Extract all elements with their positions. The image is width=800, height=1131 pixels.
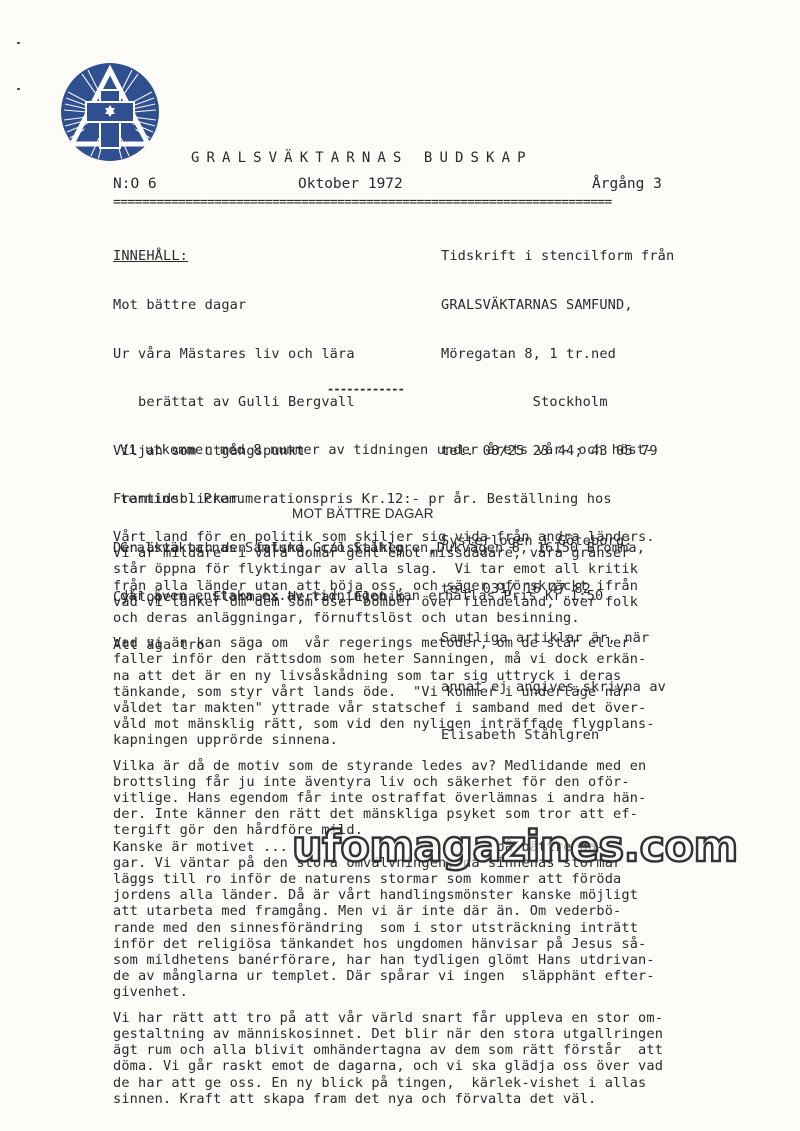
article-line: vitlige. Hans egendom får inte ostraffat… [113, 790, 663, 806]
article-line: står öppna för flyktingar av alla slag. … [113, 561, 663, 577]
article-line: döma. Vi går raskt emot de dagarna, och … [113, 1058, 663, 1074]
article-line: och deras anläggningar, förnuftslöst och… [113, 610, 663, 626]
notice-line: Vi utkommer med 8 nummer av tidningen un… [120, 442, 653, 458]
article-line: Vad vi än kan säga om vår regerings meto… [113, 635, 663, 651]
article-line: der. Inte känner den rätt det mänskliga … [113, 806, 663, 822]
article-line: gestaltning av människosinnet. Det blir … [113, 1026, 663, 1042]
article-line: kapningen upprörde sinnena. [113, 732, 663, 748]
article-paragraph: Vilka är då de motiv som de styrande led… [113, 758, 663, 1001]
toc-item: berättat av Gulli Bergvall [113, 394, 405, 410]
issue-date: Oktober 1972 [298, 176, 403, 192]
article-line: tänkande, som styr vårt lands öde. "Vi k… [113, 684, 663, 700]
article-line: jordens alla länder. Då är vårt handling… [113, 887, 663, 903]
article-line: na att det är en ny livsåskådning som ta… [113, 668, 663, 684]
publisher-line: Stockholm [441, 394, 674, 410]
scan-speck [17, 88, 20, 90]
volume-label: Årgång 3 [592, 176, 662, 192]
double-rule-divider: ========================================… [113, 195, 668, 210]
article-line: våld mot mänsklig rätt, som vid den nyli… [113, 716, 663, 732]
toc-item: Ur våra Mästares liv och lära [113, 346, 405, 362]
article-line: faller inför den rättsdom som heter Sann… [113, 651, 663, 667]
article-paragraph: Vårt land för en politik som skiljer sig… [113, 529, 663, 626]
article-line: sinnen. Kraft att skapa fram det nya och… [113, 1091, 663, 1107]
publisher-line: GRALSVÄKTARNAS SAMFUND, [441, 297, 674, 313]
masthead-title: GRALSVÄKTARNAS BUDSKAP [191, 150, 533, 166]
article-line: våldet tar makten" yttrade vår statschef… [113, 700, 663, 716]
publisher-line: Tidskrift i stencilform från [441, 248, 674, 264]
watermark: ufomagazines.com [292, 822, 738, 872]
article-line: givenhet. [113, 984, 663, 1000]
article-line: de av månglarna ur templet. Där spårar v… [113, 968, 663, 984]
article-line: Vi har rätt att tro på att vår värld sna… [113, 1010, 663, 1026]
publisher-line: Möregatan 8, 1 tr.ned [441, 346, 674, 362]
article-line: rande med den sinnesförändring som i sto… [113, 920, 663, 936]
article-line: från alla länder utan att böja oss, och … [113, 578, 663, 594]
article-line: att utarbeta med framgång. Men vi är int… [113, 903, 663, 919]
article-line: vad vi tänker om dem som öser bomber öve… [113, 594, 663, 610]
article-paragraph: Vi har rätt att tro på att vår värld sna… [113, 1010, 663, 1107]
article-line: Vilka är då de motiv som de styrande led… [113, 758, 663, 774]
toc-item: Mot bättre dagar [113, 297, 405, 313]
gralsvaktarna-emblem-logo [60, 62, 160, 162]
article-line: inför det religiösa tänkandet hos ungdom… [113, 936, 663, 952]
section-separator: ------------ [327, 382, 404, 396]
article-line: Vårt land för en politik som skiljer sig… [113, 529, 663, 545]
notice-line: terminer. Prenumerationspris Kr.12:- pr … [120, 491, 653, 507]
article-line: läggs till ro inför de naturens stormar … [113, 871, 663, 887]
document-page: GRALSVÄKTARNAS BUDSKAP N:O 6 Oktober 197… [0, 0, 800, 1131]
article-line: Vi är mildare i våra domar gent emot mis… [113, 545, 663, 561]
issue-number: N:O 6 [113, 176, 157, 192]
article-title: MOT BÄTTRE DAGAR [292, 506, 434, 521]
article-line: ägt rum och alla blivit omhändertagna av… [113, 1042, 663, 1058]
article-line: de har att ge oss. En ny blick på tingen… [113, 1075, 663, 1091]
article-line: som mildhetens banérförare, har han tydl… [113, 952, 663, 968]
toc-heading: INNEHÅLL: [113, 248, 405, 264]
article-line: brottsling får ju inte äventyra liv och … [113, 774, 663, 790]
article-paragraph: Vad vi än kan säga om vår regerings meto… [113, 635, 663, 748]
scan-speck [17, 42, 20, 44]
